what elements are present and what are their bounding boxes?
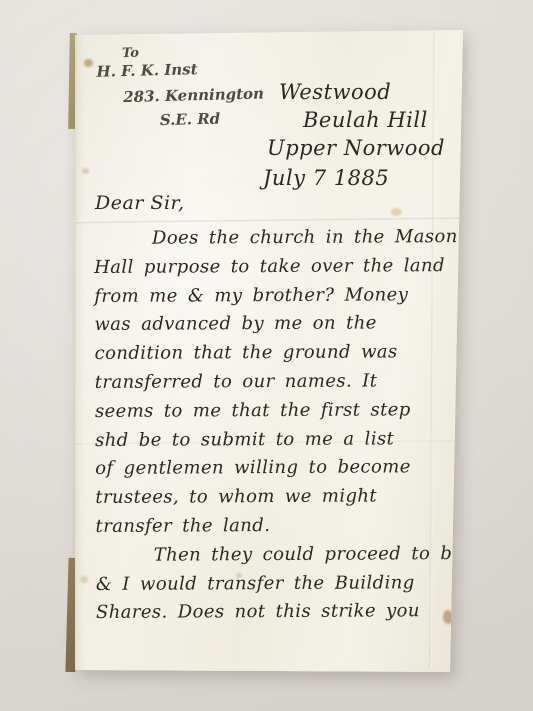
body-line: transferred to our names. It xyxy=(95,367,455,398)
pencil-line: S.E. Rd xyxy=(160,110,221,130)
body-line: from me & my brother? Money xyxy=(94,281,454,312)
pencil-line: 283. Kennington xyxy=(123,84,264,106)
salutation: Dear Sir, xyxy=(95,192,185,214)
body-line: transfer the land. xyxy=(95,511,455,542)
body-line: was advanced by me on the xyxy=(94,309,454,340)
letter-date: July 7 1885 xyxy=(263,166,389,190)
pencil-line: To xyxy=(122,46,139,61)
body-line: seems to me that the first step xyxy=(95,396,455,427)
body-line: Shares. Does not this strike you xyxy=(96,597,456,628)
body-line: Does the church in the Masonic xyxy=(94,223,454,254)
body-line: trustees, to whom we might xyxy=(95,482,455,513)
body-line: of gentlemen willing to become xyxy=(95,453,455,484)
letterhead-street: Beulah Hill xyxy=(303,108,428,132)
letter-page: To H. F. K. Inst 283. Kennington S.E. Rd… xyxy=(73,28,465,674)
body-line: condition that the ground was xyxy=(95,338,455,369)
foxing-stain xyxy=(80,576,88,583)
pencil-line: H. F. K. Inst xyxy=(96,60,197,81)
foxing-stain xyxy=(391,208,402,216)
letterhead-house: Westwood xyxy=(279,80,391,104)
fold-crease-upper xyxy=(73,216,465,224)
foxing-stain xyxy=(82,168,89,174)
body-line: Hall purpose to take over the land xyxy=(94,252,454,283)
letterhead-district: Upper Norwood xyxy=(267,136,445,160)
letter-sheet-wrapper: To H. F. K. Inst 283. Kennington S.E. Rd… xyxy=(73,28,465,674)
letter-body: Does the church in the Masonic Hall purp… xyxy=(94,223,456,628)
body-line: Then they could proceed to build, xyxy=(96,540,456,571)
body-line: shd be to submit to me a list xyxy=(95,425,455,456)
photo-background: To H. F. K. Inst 283. Kennington S.E. Rd… xyxy=(0,0,533,711)
body-line: & I would transfer the Building xyxy=(96,569,456,600)
